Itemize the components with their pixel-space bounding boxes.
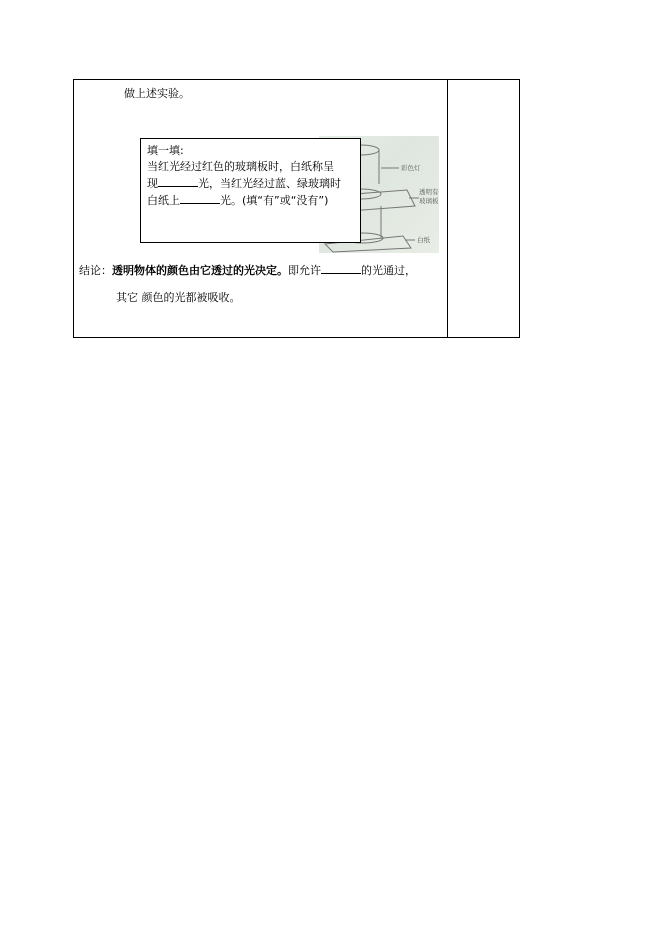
lesson-table: 做上述实验。 彩色灯 透明有色 玻璃板 白纸 填一填: 当红光经过红色的玻璃板时… (73, 79, 520, 338)
svg-text:白纸: 白纸 (417, 235, 431, 244)
column-divider (447, 80, 448, 337)
line3-suffix: 光。(填“有”或“没有”) (220, 194, 328, 207)
answer-blank-3[interactable] (321, 262, 361, 274)
conclusion-after-blank: 的光通过， (361, 264, 416, 277)
conclusion-after-bold: 即允许 (288, 264, 321, 277)
conclusion-label: 结论： (79, 264, 112, 277)
line2-prefix: 现 (147, 177, 158, 190)
answer-blank-1[interactable] (158, 175, 198, 187)
fill-box-line1: 当红光经过红色的玻璃板时，白纸称呈 (147, 159, 354, 175)
svg-text:透明有色: 透明有色 (419, 187, 439, 196)
conclusion-line-2: 其它 颜色的光都被吸收。 (116, 291, 241, 305)
conclusion-bold: 透明物体的颜色由它透过的光决定。 (112, 264, 288, 277)
conclusion-line: 结论：透明物体的颜色由它透过的光决定。即允许的光通过， (79, 262, 416, 278)
fill-in-box: 填一填: 当红光经过红色的玻璃板时，白纸称呈 现光，当红光经过蓝、绿玻璃时 白纸… (140, 138, 361, 243)
line3-prefix: 白纸上 (147, 194, 180, 207)
intro-text: 做上述实验。 (124, 87, 190, 101)
svg-text:玻璃板: 玻璃板 (419, 196, 439, 205)
answer-blank-2[interactable] (180, 192, 220, 204)
fill-box-line3: 白纸上光。(填“有”或“没有”) (147, 192, 354, 209)
line2-suffix: 光，当红光经过蓝、绿玻璃时 (198, 177, 341, 190)
fill-box-line2: 现光，当红光经过蓝、绿玻璃时 (147, 175, 354, 192)
svg-text:彩色灯: 彩色灯 (401, 163, 421, 172)
fill-box-title: 填一填: (147, 143, 354, 159)
